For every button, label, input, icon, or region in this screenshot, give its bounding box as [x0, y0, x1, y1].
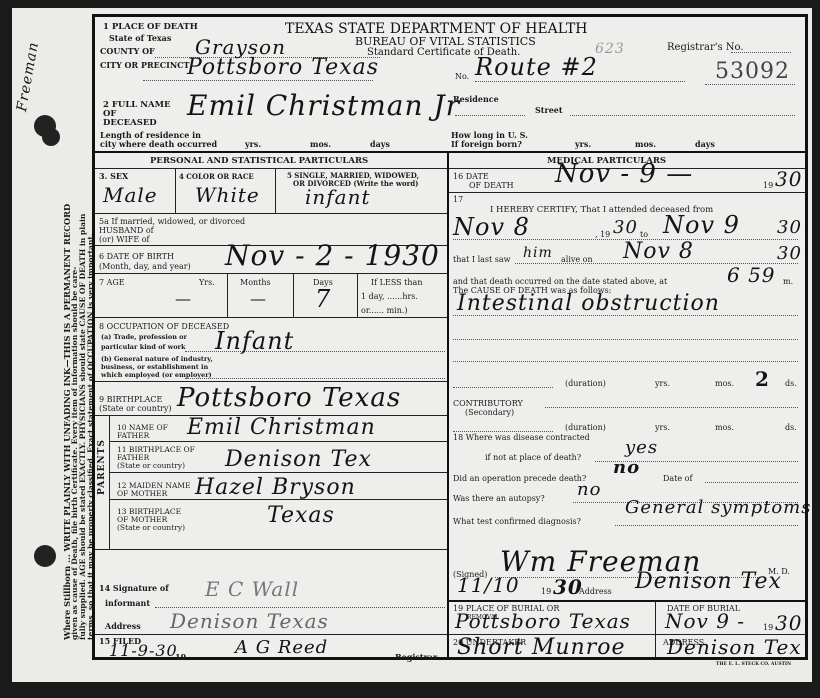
city-line [143, 80, 373, 81]
father-bp-value: Denison Tex [225, 447, 372, 472]
no-line [475, 81, 685, 82]
occ-a-2: particular kind of work [101, 343, 185, 352]
dod-label-2: OF DEATH [469, 181, 514, 190]
informant-address: Denison Texas [170, 609, 329, 633]
duration-mos-2: mos. [715, 423, 734, 432]
occurred-label: and that death occurred on the date stat… [453, 277, 667, 286]
residence-line [455, 115, 525, 116]
no-value: Route #2 [475, 53, 598, 81]
registrars-no-label: Registrar's No. [667, 43, 744, 52]
sig-line [155, 607, 445, 608]
signed-date: 11/10 [457, 573, 520, 597]
personal-title-line [95, 168, 447, 169]
parents-divider [109, 415, 110, 549]
duration-days: 2 [755, 367, 770, 391]
deceased-name: Emil Christman Jr [187, 89, 460, 122]
sig-label-2: informant [105, 599, 150, 608]
attended-to: Nov 9 [663, 211, 740, 239]
column-divider [447, 153, 449, 657]
residence-label: Residence [453, 95, 499, 104]
sex-divider [175, 168, 176, 213]
father-bp-line [109, 472, 447, 473]
state-label: State of Texas [109, 34, 171, 43]
sig-label-1: 14 Signature of [99, 584, 169, 593]
age-div-3 [357, 273, 358, 317]
sex-label: 3. SEX [99, 172, 128, 181]
burial-year: 30 [775, 611, 802, 635]
last-saw-year: 30 [777, 243, 802, 264]
registrar-no-line [705, 84, 795, 85]
father-value: Emil Christman [187, 415, 376, 440]
occupation-value: Infant [215, 327, 294, 355]
contracted-label-2: if not at place of death? [485, 453, 581, 462]
attended-from-year: 30 [613, 217, 638, 238]
race-value: White [195, 183, 260, 207]
mother-line [109, 499, 447, 500]
filed-date: 11-9-30 [109, 641, 178, 660]
length-mos: mos. [310, 140, 331, 149]
spouse-label-1: 5a If married, widowed, or divorced [99, 217, 245, 226]
medical-bottom-line [449, 600, 805, 602]
m-label: m. [783, 277, 793, 286]
test-label: What test confirmed diagnosis? [453, 517, 581, 526]
test-line [615, 525, 798, 526]
age-days-value: 7 [315, 285, 331, 313]
registrars-number: 53092 [715, 59, 790, 84]
informant-signature: E C Wall [205, 577, 299, 601]
row-line-7 [95, 317, 447, 318]
last-saw-label: that I last saw [453, 255, 511, 264]
registrar-label: Registrar [395, 653, 437, 662]
city-label-text: CITY OR PRECINCT [100, 60, 189, 70]
personal-section-title: PERSONAL AND STATISTICAL PARTICULARS [150, 157, 368, 166]
no-label: No. [455, 72, 469, 81]
dod-line [449, 192, 805, 193]
last-saw-date: Nov 8 [623, 239, 694, 264]
dob-label-1: 6 DATE OF BIRTH [99, 252, 174, 261]
autopsy-value: no [577, 479, 601, 500]
spouse-label-2: HUSBAND of [99, 226, 154, 235]
undertaker-value: Short Munroe [457, 635, 625, 660]
to-label: to [640, 230, 648, 239]
full-name-label: 2 FULL NAME OF DECEASED [103, 101, 173, 128]
duration-ds-2: ds. [785, 423, 797, 432]
attended-to-year: 30 [777, 217, 802, 238]
spouse-label-3: (or) WIFE of [99, 235, 150, 244]
informant-bottom-line [95, 634, 447, 635]
punch-hole-bottom [34, 545, 56, 567]
dod-year: 30 [775, 167, 802, 191]
parents-side-label: PARENTS [97, 439, 107, 495]
duration-line-1 [453, 387, 553, 388]
burial-divider [655, 601, 656, 657]
us-yrs: yrs. [575, 140, 591, 149]
age-yrs-value: — [175, 289, 192, 308]
length-days: days [370, 140, 390, 149]
operation-value: no [613, 457, 640, 478]
mother-value: Hazel Bryson [195, 475, 356, 500]
age-yrs-label: Yrs. [199, 278, 215, 287]
operation-label: Did an operation precede death? [453, 474, 586, 483]
age-less-2: 1 day, ......hrs. [361, 292, 418, 301]
date-of-label: Date of [663, 474, 692, 483]
mother-bp-label-3: (State or country) [117, 523, 185, 532]
father-bp-label-3: (State or country) [117, 461, 185, 470]
mother-bp-value: Texas [267, 503, 335, 528]
us-days: days [695, 140, 715, 149]
marital-value: infant [305, 185, 371, 209]
contracted-label-1: 18 Where was disease contracted [453, 433, 590, 442]
length-label-2: city where death occurred [100, 140, 217, 149]
age-div-2 [293, 273, 294, 317]
registrar-line [731, 52, 791, 53]
informant-address-label: Address [105, 622, 141, 631]
occ-a-1: (a) Trade, profession or [101, 333, 187, 342]
row-line-6 [95, 273, 447, 274]
contributory-line [545, 407, 798, 408]
sex-value: Male [103, 183, 158, 207]
age-less-1: If LESS than [371, 278, 422, 287]
dob-label-2: (Month, day, and year) [99, 262, 191, 271]
birthplace-label-1: 9 BIRTHPLACE [99, 395, 162, 404]
father-line [109, 441, 447, 442]
undertaker-address: Denison Tex [667, 635, 802, 659]
duration-line-2 [453, 431, 553, 432]
city-label: CITY OR PRECINCT [100, 61, 189, 70]
signed-year-prefix: 19 [541, 587, 551, 596]
age-div-1 [227, 273, 228, 317]
burial-date: Nov 9 - [665, 609, 745, 633]
physician-address: Denison Tex [635, 569, 782, 594]
age-months-label: Months [240, 278, 271, 287]
dod-label-1: 16 DATE [453, 172, 489, 181]
duration-yrs-1: yrs. [655, 379, 670, 388]
contracted-value: yes [625, 437, 658, 458]
us-label-2: If foreign born? [451, 140, 522, 149]
punch-hole-top-2 [42, 128, 60, 146]
race-divider [275, 168, 276, 213]
date-of-line [705, 482, 798, 483]
birthplace-label-2: (State or country) [99, 404, 172, 413]
header-divider [95, 151, 805, 153]
cause-line-1 [453, 315, 798, 316]
contributory-label-2: (Secondary) [465, 408, 514, 417]
occ-b-line [185, 378, 445, 379]
duration-yrs-2: yrs. [655, 423, 670, 432]
last-saw-pronoun: him [523, 245, 553, 261]
residence-street-label: Street [535, 106, 563, 115]
burial-year-prefix: 19 [763, 623, 773, 632]
age-less-3: or...... min.) [361, 306, 408, 315]
cause-line-2 [453, 339, 798, 340]
residence-street-line [570, 115, 795, 116]
age-months-value: — [250, 289, 267, 308]
dob-value: Nov - 2 - 1930 [225, 239, 440, 272]
attended-19: , 19 [595, 230, 610, 239]
length-yrs: yrs. [245, 140, 261, 149]
cause-line-3 [453, 361, 798, 362]
age-label: 7 AGE [99, 278, 125, 287]
row-line-8 [95, 381, 447, 382]
birthplace-value: Pottsboro Texas [177, 383, 401, 413]
certificate-frame: 1 PLACE OF DEATH State of Texas TEXAS ST… [92, 14, 808, 660]
physician-address-label: Address [579, 587, 612, 596]
duration-ds-1: ds. [785, 379, 797, 388]
cert-num: 17 [453, 195, 463, 204]
city-value: Pottsboro Texas [187, 55, 379, 80]
parents-bottom-line [95, 549, 447, 550]
dod-value: Nov - 9 — [555, 159, 693, 189]
registrar-signature: A G Reed [235, 637, 328, 658]
time-of-death: 6 59 [727, 263, 776, 287]
pencil-note: 623 [595, 41, 625, 57]
contributory-label-1: CONTRIBUTORY [453, 399, 523, 408]
duration-label-2: (duration) [565, 423, 606, 432]
attended-from: Nov 8 [453, 213, 530, 241]
autopsy-label: Was there an autopsy? [453, 494, 545, 503]
mother-label-2: OF MOTHER [117, 489, 167, 498]
county-label: COUNTY OF [100, 47, 155, 56]
cause-value: Intestinal obstruction [457, 291, 720, 316]
printer-credit: THE E. L. STECK CO. AUSTIN [716, 660, 791, 669]
row-line-5 [95, 213, 447, 214]
burial-place: Pottsboro Texas [455, 609, 631, 633]
father-label-2: FATHER [117, 431, 149, 440]
filed-19: 19 [175, 653, 186, 662]
us-mos: mos. [635, 140, 656, 149]
race-label: 4 COLOR OR RACE [179, 172, 254, 181]
place-of-death-label: 1 PLACE OF DEATH [103, 23, 198, 32]
test-value: General symptoms [625, 497, 811, 518]
duration-label-1: (duration) [565, 379, 606, 388]
duration-mos-1: mos. [715, 379, 734, 388]
occupation-label: 8 OCCUPATION OF DECEASED [99, 322, 229, 331]
dod-year-prefix: 19 [763, 181, 773, 190]
